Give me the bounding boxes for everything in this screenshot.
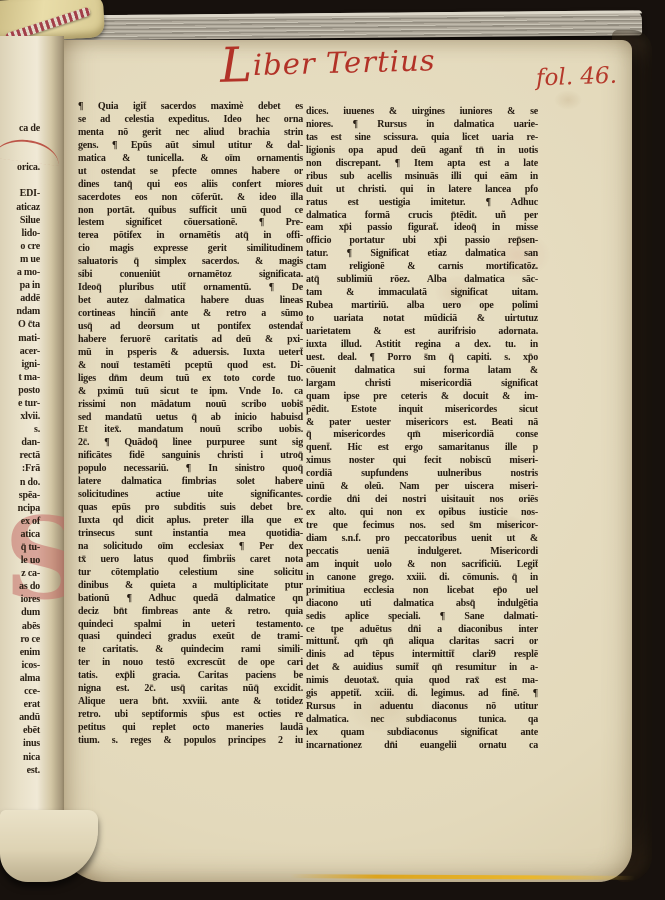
gutter-fragment-line: andū [0,711,40,724]
gutter-fragment-line: inus [0,737,40,750]
text-line: quasi quindeci gradus exeūt de trami- [78,631,303,644]
text-line: non portāt. quibus sufficit unū quod ce [78,205,303,218]
text-line: usq̄ ad deorsum ut pontifex ostendat̄ [78,321,303,334]
gutter-fragment-line: erat [0,698,40,711]
text-line: det & auidius sumit̄ qn̄ resumitur in a- [306,662,538,675]
text-line: mū in psperis & aduersis. Iuxta uetert̄ [78,347,303,360]
text-line: tas est sine scissura. quia licet uaria … [306,132,538,145]
text-line: & pater uester misericors est. Beati nā [306,417,538,430]
text-line: pēdit. Estote inquit misericordes sicut [306,404,538,417]
gutter-fragment-line: atica [0,528,40,541]
gutter-fragment-line: xlvii. [0,410,40,423]
gutter-fragment-line: pa in [0,279,40,292]
text-line: te caritatis. & quindecim rami simili- [78,644,303,657]
gutter-fragment-line: lido- [0,227,40,240]
text-line: incarnationez dn̄i euangelii ornatu ca [306,740,538,753]
gutter-fragment-line: alma [0,672,40,685]
text-line: sacerdotes eos non cōferūt. & ideo illa [78,192,303,205]
text-line: Ideoq̄ pluribus utit̄ ornamentū. ¶ De [78,282,303,295]
text-line: quindeci spalmi in ueteri testamento. [78,619,303,632]
gutter-fragment-line [0,174,40,187]
text-line: rissimi non mādatum nouū scribo uobis̄ [78,399,303,412]
text-line: cordiā supfundens uulneribus nostris [306,468,538,481]
text-line: habere feruorē caritatis ad deū & pxi- [78,334,303,347]
text-line: quas epūs pro subditis suis debet bre. [78,502,303,515]
text-line: ribus sub acellis msinuās illi qui eām i… [306,171,538,184]
text-line: lex quam subdiaconus significat ante [306,727,538,740]
gutter-fragment-line: ro ce [0,633,40,646]
text-line: quent̄. Hic est ergo samaritanus ille p [306,442,538,455]
text-line: bationū ¶ Adhuc quedā dalmatice qn [78,593,303,606]
gutter-fragment-line: ex of [0,515,40,528]
text-line: atq̄ sublimiū rōez. Alba dalmatica sāc- [306,274,538,287]
text-line: uinū & oleū. Nam per uiscera miseri- [306,481,538,494]
text-line: petitus qui replet octo maneries laudā [78,722,303,735]
gutter-fragment-line: m ue [0,253,40,266]
text-line: & nouī testamēti pceptū quod est. Di- [78,360,303,373]
text-line: gens. ¶ Epūs aūt simul utitur & dal- [78,140,303,153]
text-line: tre que fecimus nos. sed s̄m misericor- [306,520,538,533]
text-line: eam xp̄i passio figurat̄. ideoq̄ in miss… [306,222,538,235]
text-line: ctam religionē & carnis mortificatōz. [306,261,538,274]
gutter-fragment-line: e tur- [0,397,40,410]
text-line: diam s.n.f. pro peccatoribus uenit ut & [306,533,538,546]
text-line: Rubea martiriū. alba uero ope polimi [306,300,538,313]
gutter-fragment-line: ncipa [0,502,40,515]
text-line: trinsecus sunt instantia mea quotidia- [78,528,303,541]
gutter-fragment-line: dum [0,606,40,619]
gutter-fragment-line: cce- [0,685,40,698]
text-line: solicitudines actiue uite significantes. [78,489,303,502]
gutter-fragment-line: ebēt [0,724,40,737]
text-line: nificātes fidē sanguinis christi i utroq… [78,450,303,463]
text-line: uarietatem & est aurifrisio adornata. [306,326,538,339]
gutter-fragment-line: le uo [0,554,40,567]
gutter-fragment-line: aticaz [0,201,40,214]
text-line: niores. ¶ Rursus in dalmatica uarie- [306,119,538,132]
gutter-fragment-line: O c̄ta [0,318,40,331]
text-line: tatis. exp̄li gracia. Caritas paciens be [78,670,303,683]
text-line: peccatis ueniā indulgeret. Misericordi [306,546,538,559]
text-line: menta nō gerit nec aliud brachia strin [78,127,303,140]
text-line: retro. ubi septiformis sp̄us est octies … [78,709,303,722]
text-line: nimis deuotax̄. quia quod rax̄ est ma- [306,675,538,688]
text-line: mittunt̄. qm̄ qn̄ aliqua claritas sacri … [306,636,538,649]
text-line: sibi conueniūt ornamētoz significata. [78,269,303,282]
gutter-fragment-line: enim [0,646,40,659]
text-line: am inquit uolo & non sacrificiū. Legit̄ [306,559,538,572]
book-top-page-edges [34,10,642,40]
facing-page-text-fragments: ca de orica. EDI-aticazSiluelido-o crem … [0,122,40,777]
gutter-fragment-line: orica. [0,161,40,174]
text-line: Rursus in aduentu diaconus nō utitur [306,701,538,714]
text-line: ¶ Quia igit̄ sacerdos maximè debet es [78,101,303,114]
gutter-fragment-line: a mo- [0,266,40,279]
gutter-fragment-line: o cre [0,240,40,253]
text-line: primitiua ecclesia non licebat ep̄o uel [306,585,538,598]
text-line: tur cōtemplatio celestium sine solicitu [78,567,303,580]
running-title-rest: iber Tertius [252,43,436,82]
text-line: ut ostendat se pfecte omnes habere or [78,166,303,179]
gutter-fragment-line: nica [0,751,40,764]
book-scan: S ca de orica. EDI-aticazSiluelido-o cre… [0,0,665,900]
text-line: Alique uera bn̄t. xxviii. ante & totidez [78,696,303,709]
gutter-fragment-line: dan- [0,436,40,449]
gutter-fragment-line: est. [0,764,40,777]
text-line: latere dalmatica fimbrias solet habere [78,476,303,489]
gutter-fragment-line: addē [0,292,40,305]
gutter-fragment-line: igni- [0,358,40,371]
text-line: diacono uti dalmatica absq̄ indulgētia [306,598,538,611]
text-line: tium. s. reges & populos principes 2 iu [78,735,303,748]
text-line: ratus est uestigia imitetur. ¶ Adhuc [306,197,538,210]
text-line: uest. deal. ¶ Porro s̄m q̄ capiti. s. xp… [306,352,538,365]
gutter-fragment-line: ca de [0,122,40,135]
text-line: tatur. ¶ Significat etiaz dalmatica san [306,248,538,261]
text-line: officio portatur ubi xp̄i passio rep̄sen… [306,235,538,248]
gutter-fragment-line: :Frā [0,462,40,475]
text-line: deciz bn̄t fimbreas ante & retro. quia [78,606,303,619]
text-line: duit ut christi. qui in latere lancea pf… [306,184,538,197]
gutter-fragment-line [0,135,40,148]
gutter-fragment-line: s. [0,423,40,436]
text-line: in canone grego. xxiii. di. cōmunis. q̄ … [306,572,538,585]
folio-number: fol. 46. [536,63,618,92]
text-line: dices. iuuenes & uirgines iuniores & se [306,106,538,119]
gutter-sliver: S ca de orica. EDI-aticazSiluelido-o cre… [0,36,64,818]
gutter-fragment-line: EDI- [0,187,40,200]
text-line: cio magis expresse gerit similitudinem [78,243,303,256]
text-line: liges dn̄m deum tuū ex toto corde tuo. [78,373,303,386]
gutter-fragment-line [0,148,40,161]
text-line: tx̄ uero latus quod fimbriis caret nota [78,554,303,567]
text-line: se ad celestia expeditus. Ideo hec orna [78,114,303,127]
text-line: & pximū tuū sicut te ipm. Vnde Io. ca [78,386,303,399]
text-line: tam & immaculatā significat uitam. [306,287,538,300]
text-column-right: dices. iuuenes & uirgines iuniores & sen… [306,106,538,753]
gutter-fragment-line: abēs [0,620,40,633]
gutter-fragment-line: iores [0,593,40,606]
running-title-initial: L [219,37,253,94]
text-column-left: ¶ Quia igit̄ sacerdos maximè debet esse … [78,101,303,748]
text-line: lestem significet cōuersationē. ¶ Pre- [78,217,303,230]
text-line: Iuxta qd̄ dicit apl̄us. preter illa que … [78,515,303,528]
gutter-fragment-line: q̄ tu- [0,541,40,554]
text-line: dalmatica formā crucis p̄tēdit. uñ per [306,210,538,223]
text-line: ligionis opa apud deū agant̄ tn̄ in uoti… [306,145,538,158]
gutter-fragment-line: rectā [0,449,40,462]
text-line: ex alto. qui non ex opibus iusticie nos- [306,507,538,520]
text-line: cordie dn̄i dei nostri uisitauit nos ori… [306,494,538,507]
text-line: largam christi misericordiā significat [306,378,538,391]
gutter-fragment-line: ndam [0,305,40,318]
gutter-fragment-line: as do [0,580,40,593]
text-line: cōuenit dalmatica sui forma latam & [306,365,538,378]
text-line: matica & tunicella. & oīm ornamentis [78,153,303,166]
text-line: cortineas hinciñ ante & retro a sūmo [78,308,303,321]
text-line: iuxta illud. Astitit regina a dex. tu. i… [306,339,538,352]
running-title: Liber Tertius [220,43,436,83]
text-line: ximus noster qui fecit nobiscū miseri- [306,455,538,468]
text-line: Et itex̄. mandatum nouū scribo uobis. [78,424,303,437]
gutter-fragment-line: spēa- [0,489,40,502]
gutter-fragment-line: n do. [0,476,40,489]
gutter-fragment-line: t ma- [0,371,40,384]
text-line: na solicitudo oīm ecclesiax ¶ Per dex [78,541,303,554]
text-line: dalmatica. nec subdiaconus tunica. qa [306,714,538,727]
text-line: q̄ misericordes qm̄ misericordiā conse [306,429,538,442]
text-line: saluatoris q̄ simplex sacerdos. & magis [78,256,303,269]
text-line: terea pōtifex in ornamētis atq̄ in offi- [78,230,303,243]
gutter-fragment-line: mati- [0,332,40,345]
text-line: dinibus & quieta a multiplicitate ptur [78,580,303,593]
text-line: ter in nouo testō excrescūt de ope cari [78,657,303,670]
text-line: sedis apl̄ice speciali. ¶ Sane dalmati- [306,611,538,624]
gutter-fragment-line: posto [0,384,40,397]
text-line: nigna est. 2c̄. usq̄ caritas nūq̄ excidi… [78,683,303,696]
text-line: populo necessariū. ¶ In sinistro quoq̄ [78,463,303,476]
text-line: ce tpe aduētus dn̄i a diaconibus inter [306,624,538,637]
text-line: bet autez dalmatica habere duas lineas [78,295,303,308]
text-line: quam ipse pre ceteris & docuit & im- [306,391,538,404]
text-line: dines tanq̄ qui eos aliis confert miores [78,179,303,192]
gutter-fragment-line: z ca- [0,567,40,580]
gutter-fragment-line: Silue [0,214,40,227]
text-line: dinis ad tēpus intermittit̄ clari9 respl… [306,649,538,662]
text-line: non discrepant. ¶ Item apta est a late [306,158,538,171]
text-line: gis appetit̄. xciii. di. legimus. ad fin… [306,688,538,701]
text-line: to uariata notat mūdiciā & uirtutuz [306,313,538,326]
gutter-fragment-line: acer- [0,345,40,358]
text-line: 2c̄. ¶ Quādoq̄ linee purpuree sunt sig [78,437,303,450]
gutter-fragment-line: icos- [0,659,40,672]
text-line: sed mandatū uetus q̄ ab inicio habuisd̄ [78,412,303,425]
